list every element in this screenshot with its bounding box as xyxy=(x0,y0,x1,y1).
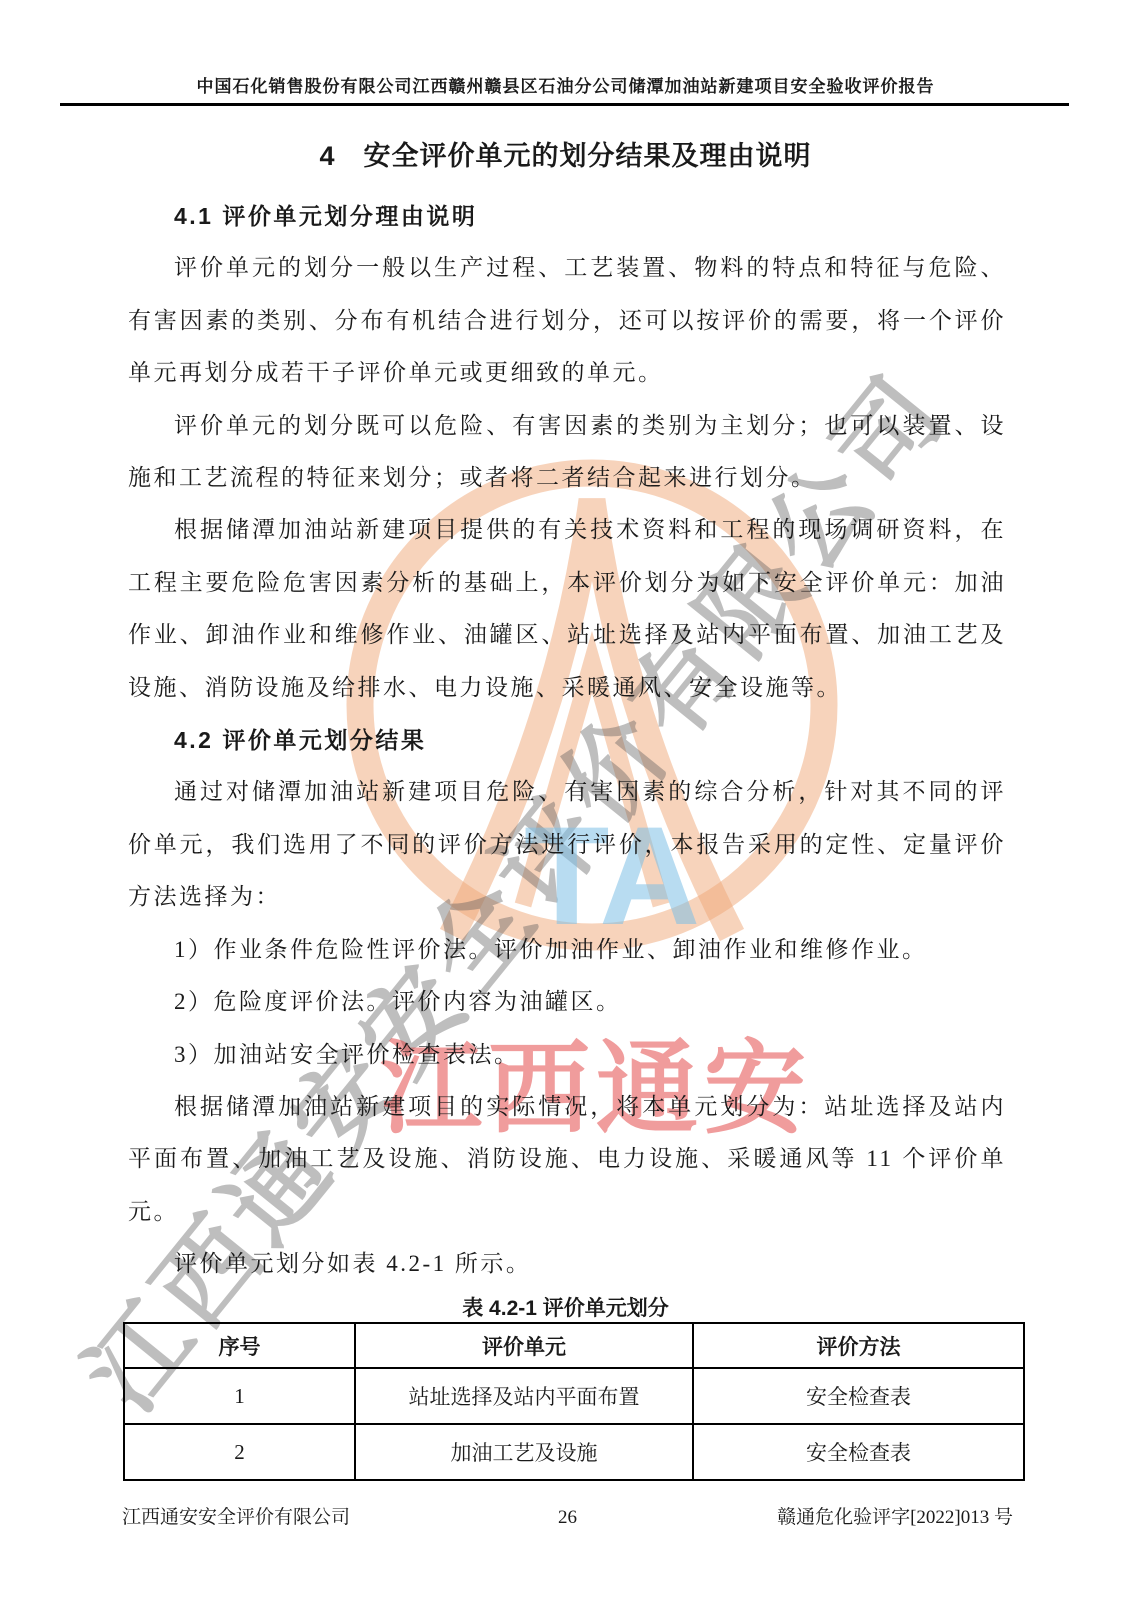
cell-unit: 加油工艺及设施 xyxy=(355,1424,693,1480)
column-header-no: 序号 xyxy=(124,1323,355,1368)
page-footer: 江西通安安全评价有限公司 26 赣通危化验评字[2022]013 号 xyxy=(122,1502,1013,1529)
footer-company: 江西通安安全评价有限公司 xyxy=(122,1502,558,1529)
section-4-1-heading: 4.1 评价单元划分理由说明 xyxy=(128,190,1006,242)
content-layer: 中国石化销售股份有限公司江西赣州赣县区石油分公司储潭加油站新建项目安全验收评价报… xyxy=(0,0,1131,1600)
paragraph: 评价单元的划分一般以生产过程、工艺装置、物料的特点和特征与危险、有害因素的类别、… xyxy=(128,242,1006,399)
list-item: 1）作业条件危险性评价法。评价加油作业、卸油作业和维修作业。 xyxy=(128,924,1006,976)
footer-doc-number: 赣通危化验评字[2022]013 号 xyxy=(577,1502,1013,1529)
table-header: 序号 评价单元 评价方法 xyxy=(124,1323,1024,1368)
section-4-2-heading: 4.2 评价单元划分结果 xyxy=(128,714,1006,766)
cell-method: 安全检查表 xyxy=(693,1424,1024,1480)
body-text-block: 4.1 评价单元划分理由说明 评价单元的划分一般以生产过程、工艺装置、物料的特点… xyxy=(128,190,1006,1291)
cell-no: 1 xyxy=(124,1368,355,1424)
header-divider xyxy=(60,103,1069,106)
paragraph: 评价单元划分如表 4.2-1 所示。 xyxy=(128,1238,1006,1290)
chapter-title: 4 安全评价单元的划分结果及理由说明 xyxy=(0,134,1131,173)
column-header-unit: 评价单元 xyxy=(355,1323,693,1368)
cell-unit: 站址选择及站内平面布置 xyxy=(355,1368,693,1424)
table-body: 1 站址选择及站内平面布置 安全检查表 2 加油工艺及设施 安全检查表 xyxy=(124,1368,1024,1480)
cell-method: 安全检查表 xyxy=(693,1368,1024,1424)
footer-page-number: 26 xyxy=(558,1507,577,1529)
table-row: 1 站址选择及站内平面布置 安全检查表 xyxy=(124,1368,1024,1424)
list-item: 2）危险度评价法。评价内容为油罐区。 xyxy=(128,976,1006,1028)
list-item: 3）加油站安全评价检查表法。 xyxy=(128,1029,1006,1081)
evaluation-unit-table: 序号 评价单元 评价方法 1 站址选择及站内平面布置 安全检查表 2 加油工艺及… xyxy=(123,1322,1025,1481)
paragraph: 评价单元的划分既可以危险、有害因素的类别为主划分；也可以装置、设施和工艺流程的特… xyxy=(128,400,1006,505)
running-head: 中国石化销售股份有限公司江西赣州赣县区石油分公司储潭加油站新建项目安全验收评价报… xyxy=(60,72,1071,97)
table-row: 2 加油工艺及设施 安全检查表 xyxy=(124,1424,1024,1480)
paragraph: 根据储潭加油站新建项目提供的有关技术资料和工程的现场调研资料，在工程主要危险危害… xyxy=(128,504,1006,714)
column-header-method: 评价方法 xyxy=(693,1323,1024,1368)
document-page: 江西通安安全评价有限公司 TA 江西通安 中国石化销售股份有限公司江西赣州赣县区… xyxy=(0,0,1131,1600)
table-caption: 表 4.2-1 评价单元划分 xyxy=(0,1292,1131,1322)
cell-no: 2 xyxy=(124,1424,355,1480)
table-header-row: 序号 评价单元 评价方法 xyxy=(124,1323,1024,1368)
paragraph: 通过对储潭加油站新建项目危险、有害因素的综合分析，针对其不同的评价单元，我们选用… xyxy=(128,766,1006,923)
paragraph: 根据储潭加油站新建项目的实际情况，将本单元划分为：站址选择及站内平面布置、加油工… xyxy=(128,1081,1006,1238)
